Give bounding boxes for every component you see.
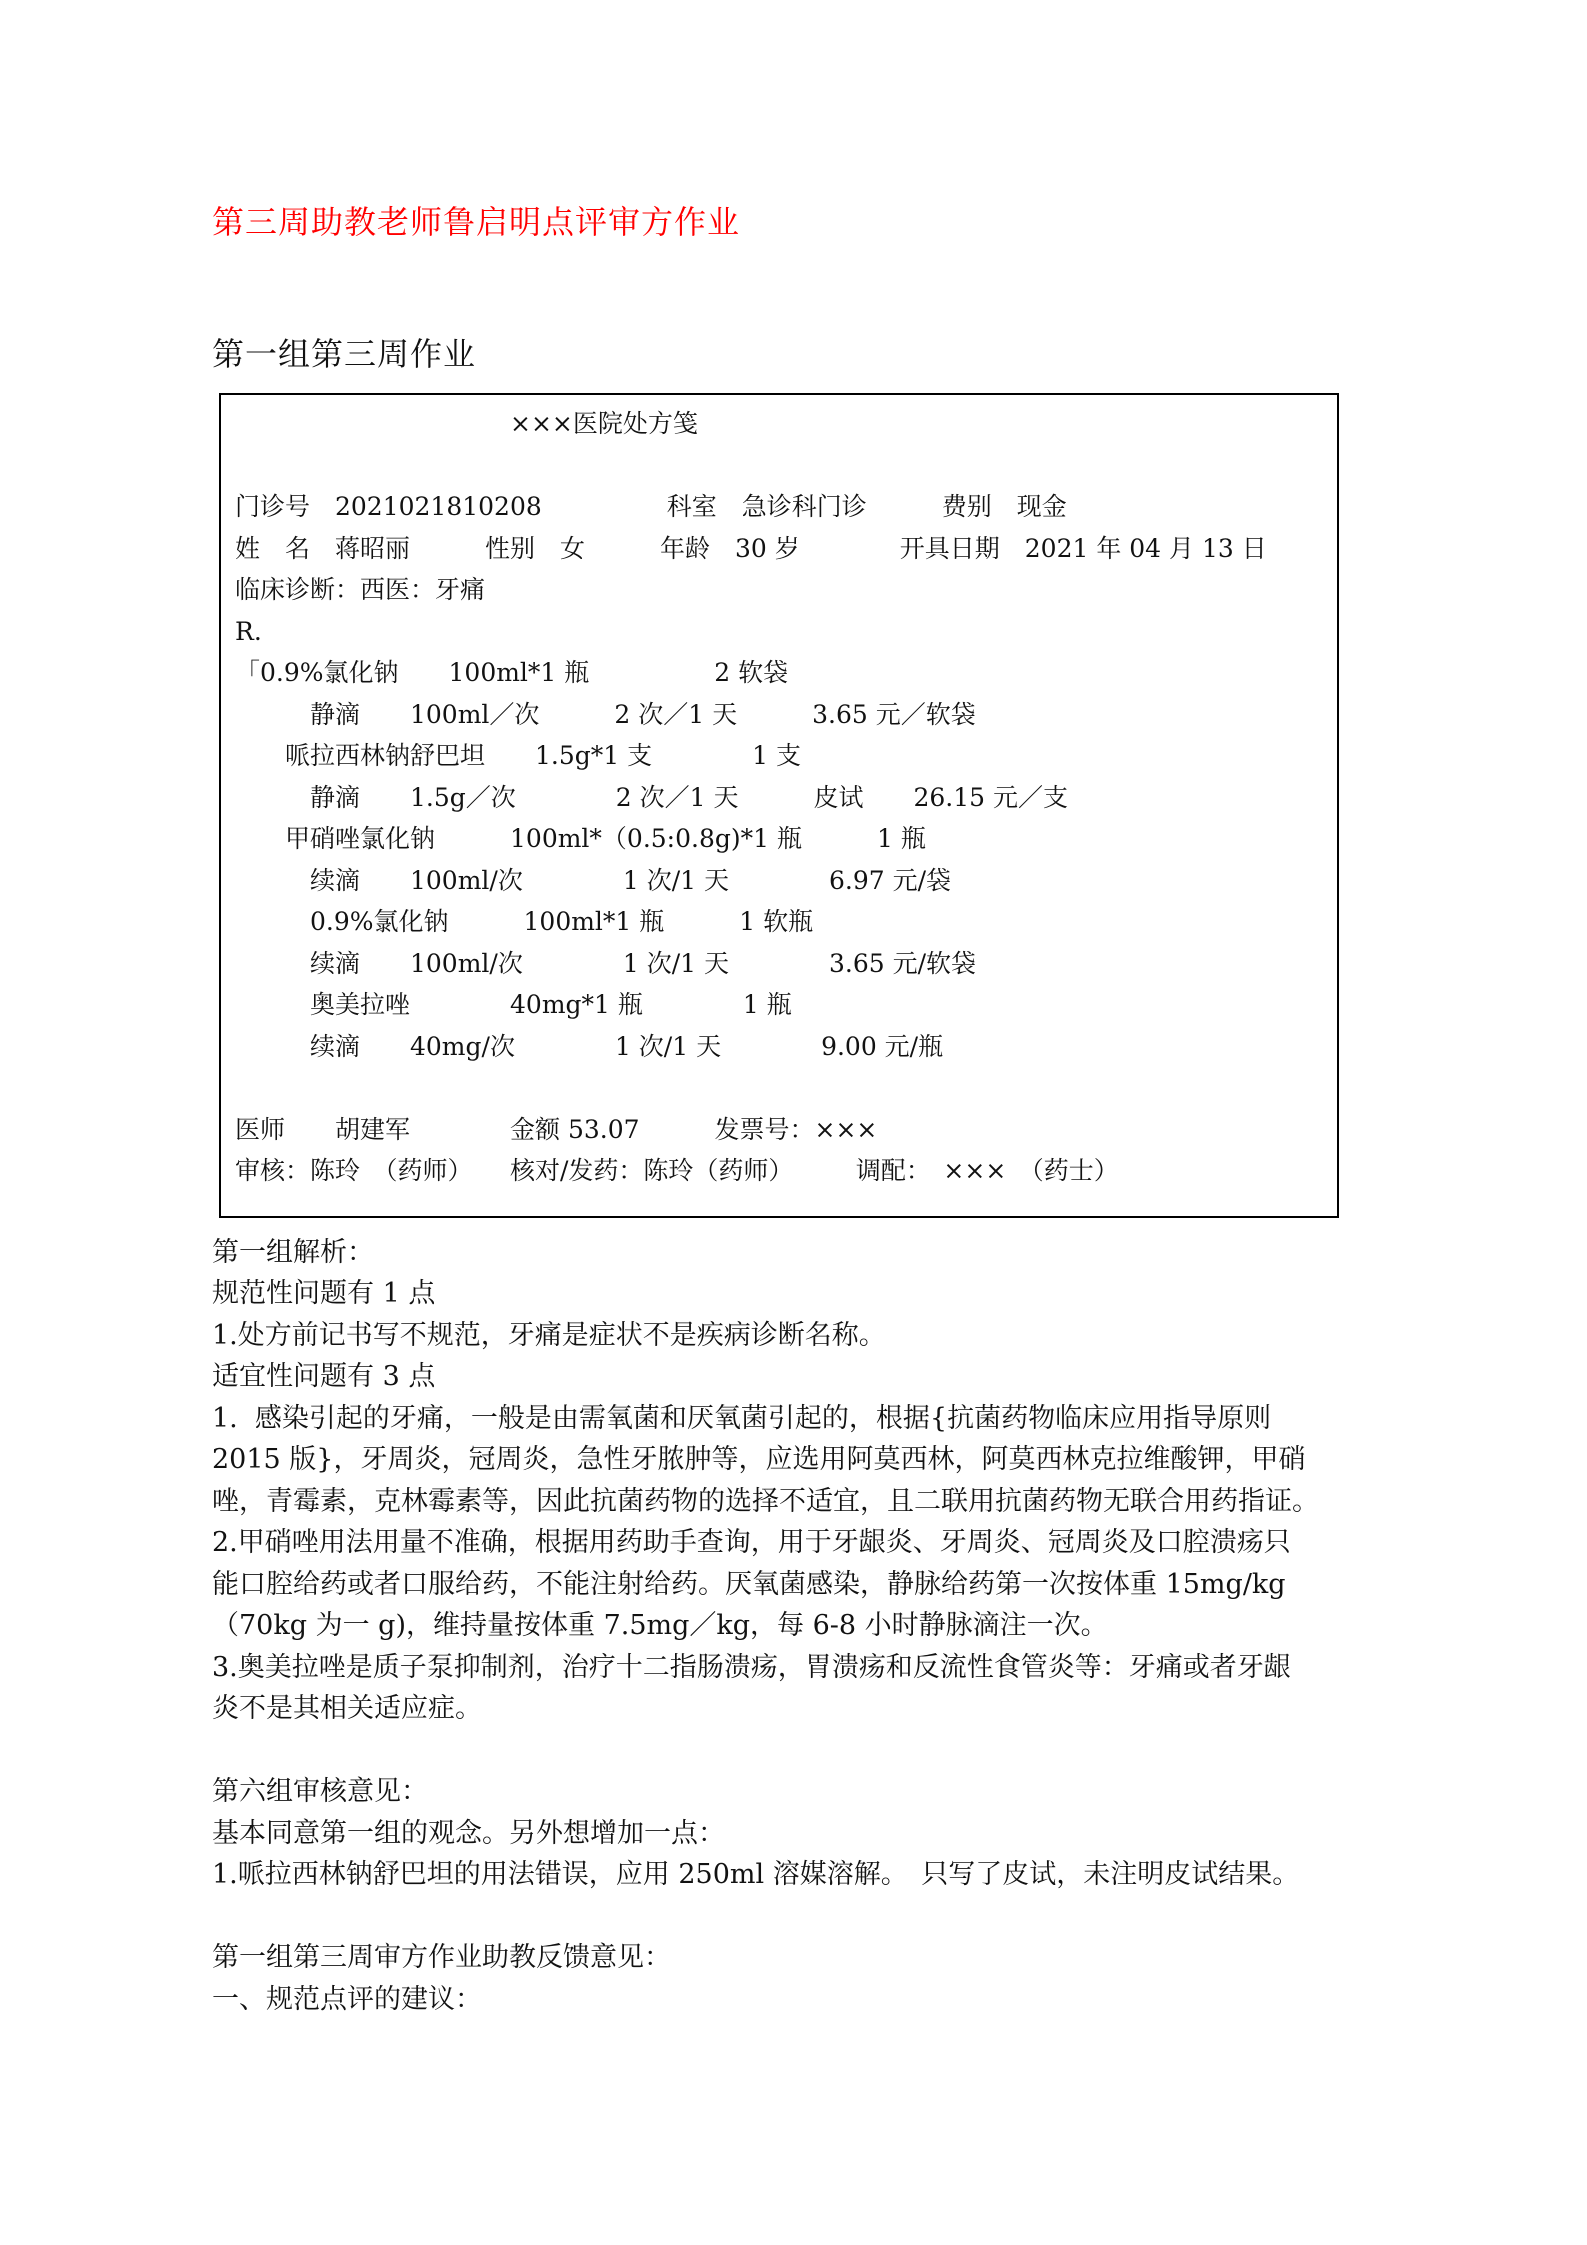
text-line: 1. 感染引起的牙痛，一般是由需氧菌和厌氧菌引起的，根据{抗菌药物临床应用指导原… (212, 1398, 1392, 1440)
text-line: 第一组第三周审方作业助教反馈意见： (212, 1937, 1392, 1979)
text-line: 炎不是其相关适应症。 (212, 1688, 1392, 1730)
text-line (235, 1067, 1323, 1109)
text-line: 门诊号 2021021810208 科室 急诊科门诊 费别 现金 (235, 486, 1323, 528)
prescription-box: ×××医院处方笺门诊号 2021021810208 科室 急诊科门诊 费别 现金… (219, 393, 1339, 1218)
text-line: 第六组审核意见： (212, 1771, 1392, 1813)
text-line: 临床诊断：西医：牙痛 (235, 569, 1323, 611)
text-line: 0.9%氯化钠 100ml*1 瓶 1 软瓶 (235, 901, 1323, 943)
text-line: 哌拉西林钠舒巴坦 1.5g*1 支 1 支 (235, 735, 1323, 777)
text-line: 能口腔给药或者口服给药，不能注射给药。厌氧菌感染，静脉给药第一次按体重 15mg… (212, 1564, 1392, 1606)
text-line: 医师 胡建军 金额 53.07 发票号：××× (235, 1109, 1323, 1151)
text-line: 「0.9%氯化钠 100ml*1 瓶 2 软袋 (235, 652, 1323, 694)
text-line: 规范性问题有 1 点 (212, 1273, 1392, 1315)
text-line: 第一组解析： (212, 1232, 1392, 1274)
section-heading-group1-week3: 第一组第三周作业 (212, 332, 1587, 376)
text-line: 2.甲硝唑用法用量不准确，根据用药助手查询，用于牙龈炎、牙周炎、冠周炎及口腔溃疡… (212, 1522, 1392, 1564)
text-line: 一、规范点评的建议： (212, 1979, 1392, 2021)
text-line: 续滴 100ml/次 1 次/1 天 3.65 元/软袋 (235, 943, 1323, 985)
text-line: 续滴 100ml/次 1 次/1 天 6.97 元/袋 (235, 860, 1323, 902)
text-line: 1.哌拉西林钠舒巴坦的用法错误，应用 250ml 溶媒溶解。 只写了皮试，未注明… (212, 1854, 1392, 1896)
text-line (235, 445, 1323, 487)
text-line: 静滴 100ml／次 2 次／1 天 3.65 元／软袋 (235, 694, 1323, 736)
text-line (212, 1896, 1392, 1938)
text-line: （70kg 为一 g)，维持量按体重 7.5mg／kg，每 6-8 小时静脉滴注… (212, 1605, 1392, 1647)
text-line: 续滴 40mg/次 1 次/1 天 9.00 元/瓶 (235, 1026, 1323, 1068)
text-line: 静滴 1.5g／次 2 次／1 天 皮试 26.15 元／支 (235, 777, 1323, 819)
text-line: 审核：陈玲 （药师） 核对/发药：陈玲（药师） 调配： ××× （药士） (235, 1150, 1323, 1192)
text-line: 唑，青霉素，克林霉素等，因此抗菌药物的选择不适宜，且二联用抗菌药物无联合用药指证… (212, 1481, 1392, 1523)
text-line: 姓 名 蒋昭丽 性别 女 年龄 30 岁 开具日期 2021 年 04 月 13… (235, 528, 1323, 570)
text-line: ×××医院处方笺 (235, 403, 1323, 445)
text-line: 3.奥美拉唑是质子泵抑制剂，治疗十二指肠溃疡，胃溃疡和反流性食管炎等：牙痛或者牙… (212, 1647, 1392, 1689)
text-line: 2015 版}，牙周炎，冠周炎，急性牙脓肿等，应选用阿莫西林，阿莫西林克拉维酸钾… (212, 1439, 1392, 1481)
doc-title: 第三周助教老师鲁启明点评审方作业 (212, 200, 1587, 244)
text-line (212, 1730, 1392, 1772)
analysis-section: 第一组解析：规范性问题有 1 点1.处方前记书写不规范，牙痛是症状不是疾病诊断名… (212, 1232, 1392, 2021)
document-page: 第三周助教老师鲁启明点评审方作业 第一组第三周作业 ×××医院处方笺门诊号 20… (0, 0, 1587, 2245)
text-line: 适宜性问题有 3 点 (212, 1356, 1392, 1398)
text-line: 奥美拉唑 40mg*1 瓶 1 瓶 (235, 984, 1323, 1026)
text-line: 基本同意第一组的观念。另外想增加一点： (212, 1813, 1392, 1855)
text-line: R. (235, 611, 1323, 653)
text-line: 甲硝唑氯化钠 100ml*（0.5:0.8g)*1 瓶 1 瓶 (235, 818, 1323, 860)
text-line: 1.处方前记书写不规范，牙痛是症状不是疾病诊断名称。 (212, 1315, 1392, 1357)
